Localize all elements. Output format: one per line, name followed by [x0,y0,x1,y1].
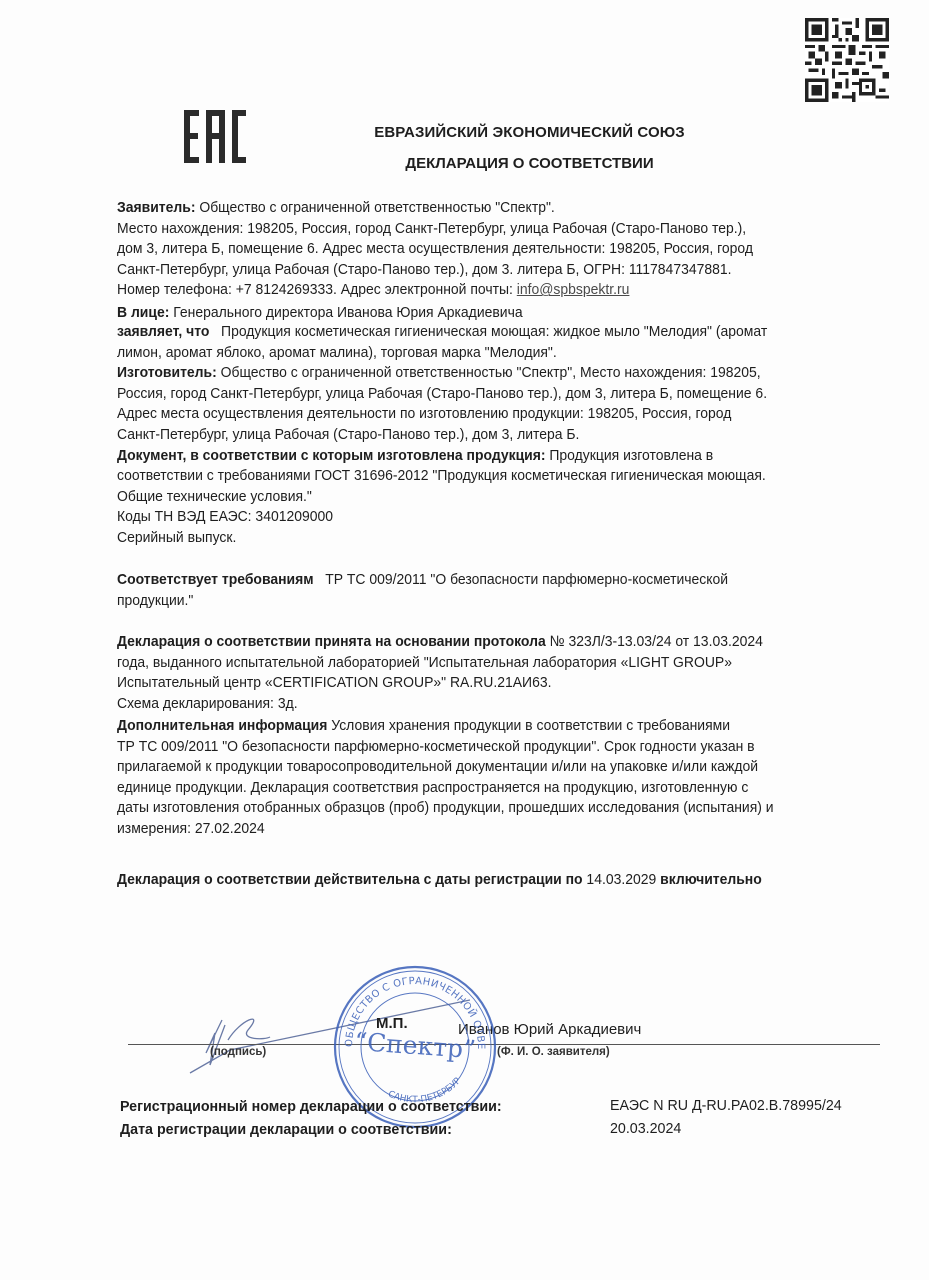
protocol-lab: года, выданного испытательной лаборатори… [117,653,852,674]
product-description-cont: лимон, аромат яблоко, аромат малина), то… [117,343,852,364]
additional-info-4: единице продукции. Декларация соответств… [117,778,852,799]
additional-info-6: измерения: 27.02.2024 [117,819,852,840]
product-description: Продукция косметическая гигиеническая мо… [209,323,767,340]
validity-statement: Декларация о соответствии действительна … [117,870,852,891]
serial-release: Серийный выпуск. [117,528,852,549]
manufacturer-label: Изготовитель: [117,364,217,381]
applicant-phone: Номер телефона: +7 8124269333. Адрес эле… [117,281,517,298]
protocol-label: Декларация о соответствии принята на осн… [117,633,546,650]
representative-label: В лице: [117,304,169,321]
hs-codes: Коды ТН ВЭД ЕАЭС: 3401209000 [117,507,852,528]
conformity-section: Соответствует требованиям ТР ТС 009/2011… [117,570,852,611]
registration-number-label: Регистрационный номер декларации о соотв… [120,1098,502,1115]
manufacturer-address-2: Адрес места осуществления деятельности п… [117,404,852,425]
additional-info-label: Дополнительная информация [117,717,327,734]
additional-info-5: даты изготовления отобранных образцов (п… [117,798,852,819]
manufacturer-address-3: Санкт-Петербург, улица Рабочая (Старо-Па… [117,425,852,446]
applicant-address-2: дом 3, литера Б, помещение 6. Адрес мест… [117,239,852,260]
additional-info-3: прилагаемой к продукции товаросопроводит… [117,757,852,778]
applicant-address-3: Санкт-Петербург, улица Рабочая (Старо-Па… [117,260,852,281]
applicant-email-link[interactable]: info@spbspektr.ru [517,281,630,298]
applicant-address-1: Место нахождения: 198205, Россия, город … [117,219,852,240]
registration-date-value: 20.03.2024 [610,1120,681,1137]
union-title: ЕВРАЗИЙСКИЙ ЭКОНОМИЧЕСКИЙ СОЮЗ [0,124,929,141]
applicant-section: Заявитель: Общество с ограниченной ответ… [117,198,852,324]
applicant-name: Общество с ограниченной ответственностью… [195,199,554,216]
registration-number-value: ЕАЭС N RU Д-RU.РА02.В.78995/24 [610,1097,842,1114]
signature-line [128,1044,880,1045]
declaration-scheme: Схема декларирования: 3д. [117,694,852,715]
conformity-regulation: ТР ТС 009/2011 "О безопасности парфюмерн… [314,571,729,588]
conformity-regulation-cont: продукции." [117,591,852,612]
fio-caption: (Ф. И. О. заявителя) [497,1046,610,1058]
validity-date: 14.03.2029 [586,871,656,888]
svg-text:“Спектр”: “Спектр” [353,1027,476,1064]
document-value: Продукция изготовлена в [546,447,714,464]
additional-info-2: ТР ТС 009/2011 "О безопасности парфюмерн… [117,737,852,758]
validity-suffix: включительно [656,871,761,888]
representative-value: Генерального директора Иванова Юрия Арка… [169,304,522,321]
manufacturer-name: Общество с ограниченной ответственностью… [217,364,761,381]
validity-prefix: Декларация о соответствии действительна … [117,871,586,888]
registration-date-label: Дата регистрации декларации о соответств… [120,1121,452,1138]
document-standard: соответствии с требованиями ГОСТ 31696-2… [117,466,852,487]
applicant-label: Заявитель: [117,199,195,216]
document-standard-cont: Общие технические условия." [117,487,852,508]
signature-caption: (подпись) [210,1046,266,1058]
protocol-number: № 323Л/3-13.03/24 от 13.03.2024 [546,633,763,650]
manufacturer-address-1: Россия, город Санкт-Петербург, улица Раб… [117,384,852,405]
additional-info-1: Условия хранения продукции в соответстви… [327,717,730,734]
conformity-label: Соответствует требованиям [117,571,314,588]
protocol-section: Декларация о соответствии принята на осн… [117,632,852,714]
protocol-center: Испытательный центр «CERTIFICATION GROUP… [117,673,852,694]
document-title: ДЕКЛАРАЦИЯ О СООТВЕТСТВИИ [0,155,929,172]
additional-info-section: Дополнительная информация Условия хранен… [117,716,852,840]
declares-label: заявляет, что [117,323,209,340]
qr-code-icon [803,18,891,102]
document-label: Документ, в соответствии с которым изгот… [117,447,546,464]
declaration-section: заявляет, что Продукция косметическая ги… [117,322,852,549]
